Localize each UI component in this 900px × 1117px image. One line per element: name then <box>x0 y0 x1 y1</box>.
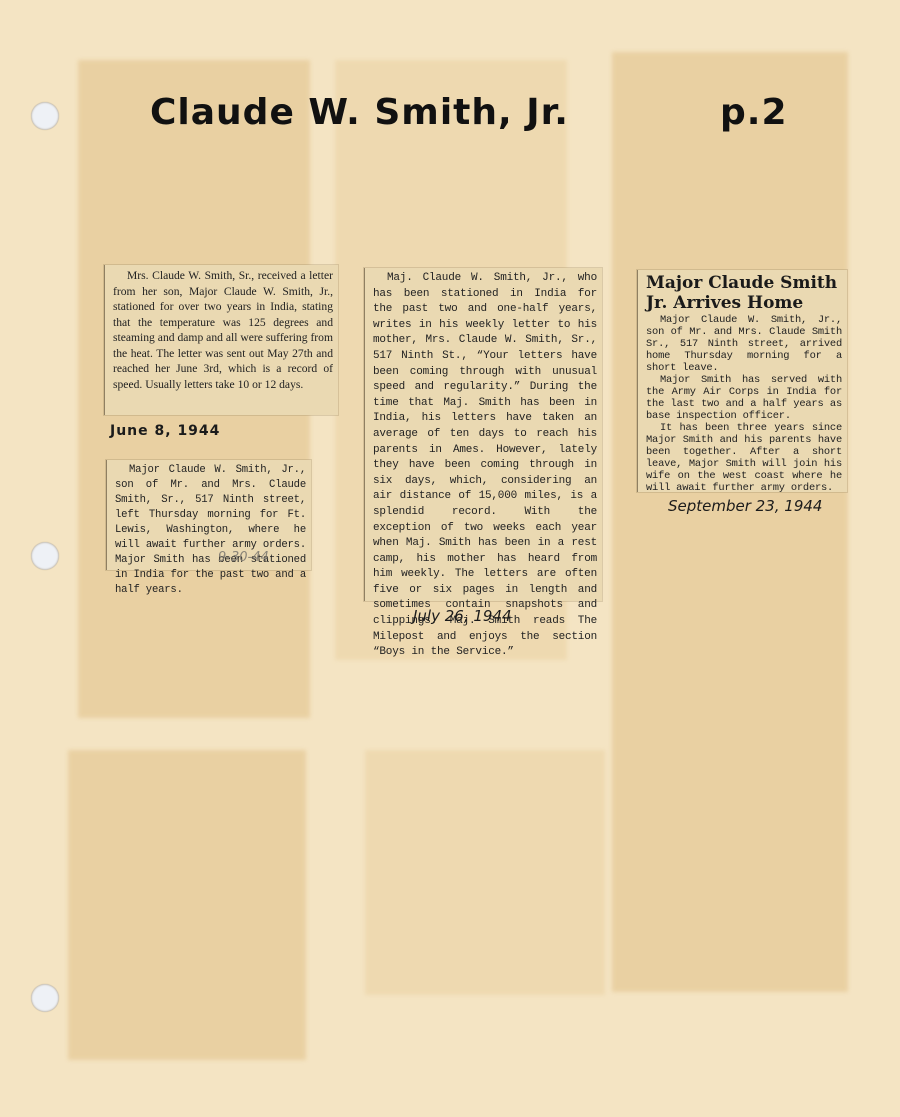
binder-hole <box>31 102 59 130</box>
news-clipping: Maj. Claude W. Smith, Jr., who has been … <box>364 268 602 601</box>
page-title: Claude W. Smith, Jr. p.2 <box>150 92 800 133</box>
handwritten-date: July 26, 1944 <box>413 607 512 625</box>
clipping-text: Maj. Claude W. Smith, Jr., who has been … <box>373 271 597 661</box>
news-clipping: Major Claude W. Smith, Jr., son of Mr. a… <box>106 460 311 570</box>
handwritten-date: 9-30-44 <box>218 550 269 565</box>
paper-stain <box>365 750 605 995</box>
news-clipping: Mrs. Claude W. Smith, Sr., received a le… <box>104 265 338 415</box>
binder-hole <box>31 984 59 1012</box>
clipping-headline: Major Claude Smith Jr. Arrives Home <box>646 273 842 313</box>
clipping-paragraph: It has been three years since Major Smit… <box>646 422 842 494</box>
paper-stain <box>612 52 848 992</box>
handwritten-date: June 8, 1944 <box>110 423 220 439</box>
page-title-text: Claude W. Smith, Jr. <box>150 92 569 133</box>
clipping-text: Mrs. Claude W. Smith, Sr., received a le… <box>113 268 333 392</box>
scrapbook-page: Claude W. Smith, Jr. p.2 Mrs. Claude W. … <box>0 0 900 1117</box>
paper-stain <box>68 750 306 1060</box>
binder-hole <box>31 542 59 570</box>
handwritten-date: September 23, 1944 <box>668 497 822 515</box>
clipping-paragraph: Major Smith has served with the Army Air… <box>646 374 842 422</box>
clipping-text: Major Claude W. Smith, Jr., son of Mr. a… <box>115 463 306 598</box>
clipping-paragraph: Major Claude W. Smith, Jr., son of Mr. a… <box>646 314 842 374</box>
news-clipping: Major Claude Smith Jr. Arrives Home Majo… <box>637 270 847 492</box>
page-number: p.2 <box>720 92 788 133</box>
